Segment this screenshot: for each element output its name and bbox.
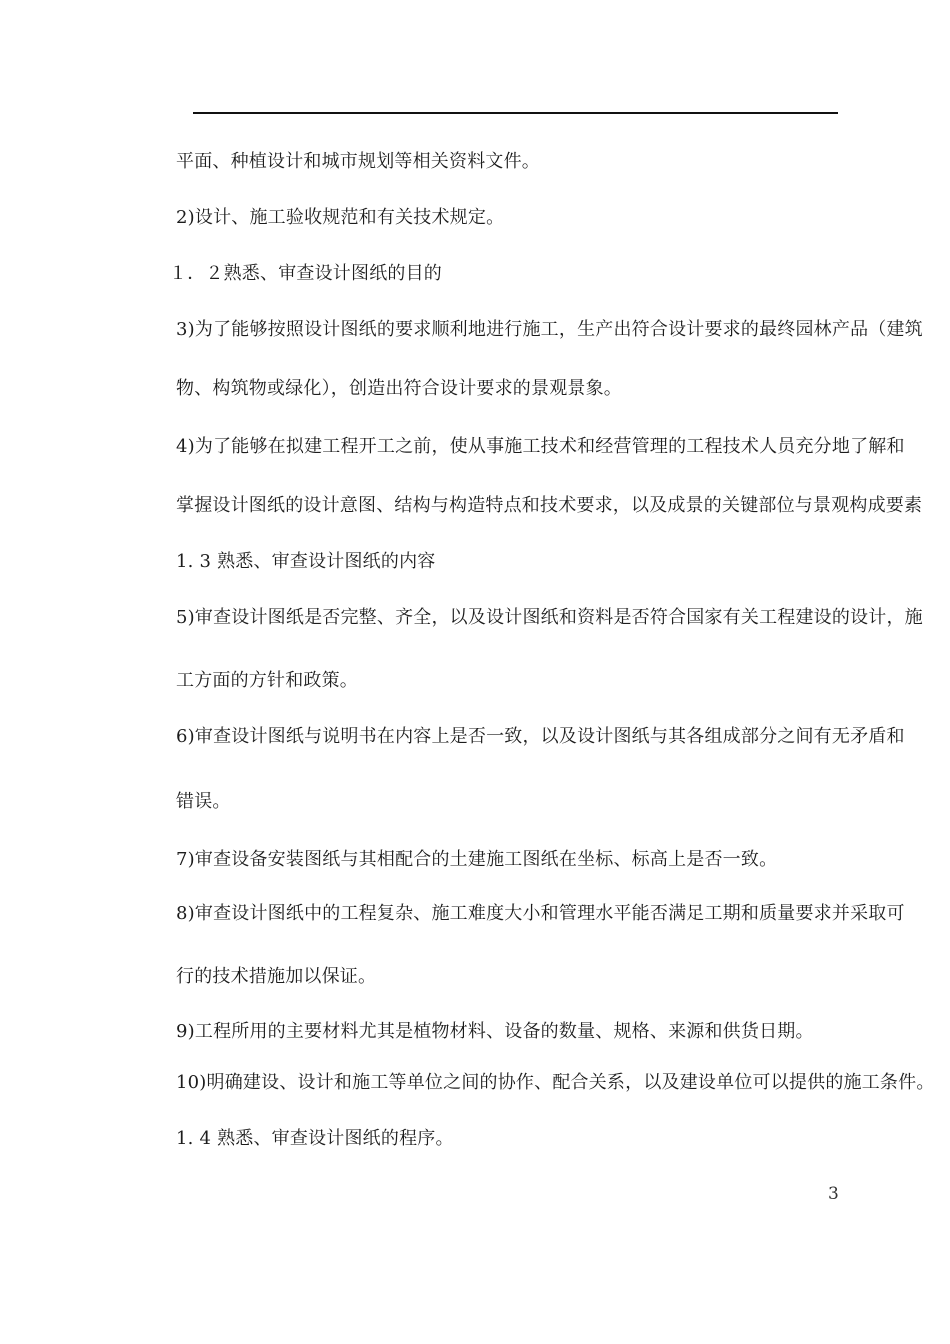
paragraph-line: 7)审查设备安装图纸与其相配合的土建施工图纸在坐标、标高上是否一致。	[176, 848, 777, 872]
paragraph-line: 10)明确建设、设计和施工等单位之间的协作、配合关系，以及建设单位可以提供的施工…	[176, 1071, 935, 1095]
paragraph-line: 工方面的方针和政策。	[176, 669, 358, 693]
heading-1-2: １．２熟悉、审查设计图纸的目的	[169, 262, 442, 286]
page-number: 3	[828, 1184, 839, 1204]
paragraph-line: 5)审查设计图纸是否完整、齐全，以及设计图纸和资料是否符合国家有关工程建设的设计…	[176, 606, 923, 630]
paragraph-line: 平面、种植设计和城市规划等相关资料文件。	[176, 150, 540, 174]
paragraph-line: 6)审查设计图纸与说明书在内容上是否一致，以及设计图纸与其各组成部分之间有无矛盾…	[176, 725, 905, 749]
paragraph-line: 8)审查设计图纸中的工程复杂、施工难度大小和管理水平能否满足工期和质量要求并采取…	[176, 902, 905, 926]
heading-1-3: 1. 3 熟悉、审查设计图纸的内容	[176, 550, 435, 574]
heading-1-4: 1. 4 熟悉、审查设计图纸的程序。	[176, 1127, 454, 1151]
paragraph-line: 2)设计、施工验收规范和有关技术规定。	[176, 206, 504, 230]
paragraph-line: 错误。	[176, 790, 231, 814]
header-rule	[193, 112, 838, 114]
paragraph-line: 3)为了能够按照设计图纸的要求顺利地进行施工，生产出符合设计要求的最终园林产品（…	[176, 318, 923, 342]
paragraph-line: 掌握设计图纸的设计意图、结构与构造特点和技术要求，以及成景的关键部位与景观构成要…	[176, 494, 922, 518]
paragraph-line: 4)为了能够在拟建工程开工之前，使从事施工技术和经营管理的工程技术人员充分地了解…	[176, 435, 905, 459]
paragraph-line: 物、构筑物或绿化），创造出符合设计要求的景观景象。	[176, 377, 622, 401]
paragraph-line: 9)工程所用的主要材料尤其是植物材料、设备的数量、规格、来源和供货日期。	[176, 1020, 814, 1044]
document-page: 平面、种植设计和城市规划等相关资料文件。 2)设计、施工验收规范和有关技术规定。…	[0, 0, 950, 1344]
paragraph-line: 行的技术措施加以保证。	[176, 965, 376, 989]
